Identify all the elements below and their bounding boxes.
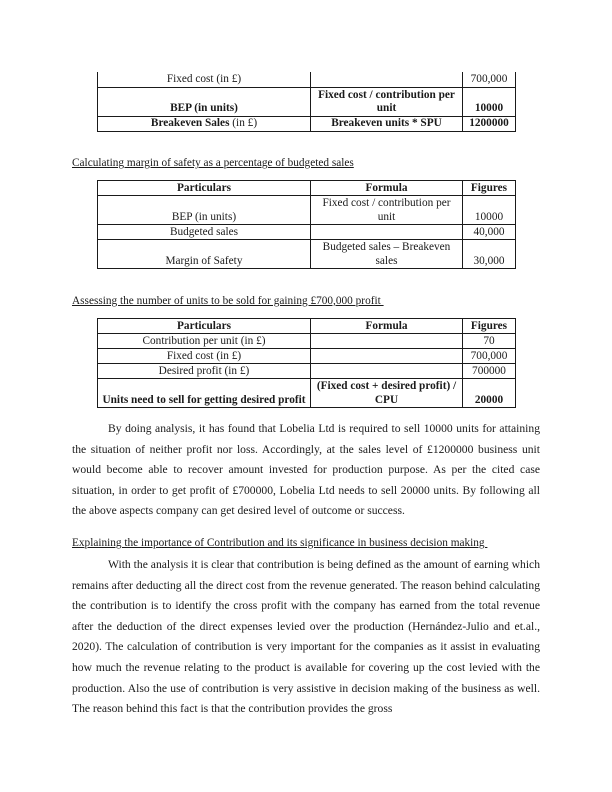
cell-particular: BEP (in units) bbox=[98, 196, 311, 225]
table-row: Units need to sell for getting desired p… bbox=[98, 379, 516, 408]
table-row: Fixed cost (in £) 700,000 bbox=[98, 349, 516, 364]
table-row: Budgeted sales 40,000 bbox=[98, 225, 516, 240]
cell-figure: 700,000 bbox=[463, 72, 516, 87]
cell-figure: 20000 bbox=[463, 379, 516, 408]
cell-formula: Fixed cost / contribution per unit bbox=[311, 196, 463, 225]
table-row: Contribution per unit (in £) 70 bbox=[98, 334, 516, 349]
cell-formula bbox=[311, 225, 463, 240]
cell-formula bbox=[311, 349, 463, 364]
cell-figure: 10000 bbox=[463, 196, 516, 225]
analysis-paragraph: By doing analysis, it has found that Lob… bbox=[72, 419, 540, 522]
cell-figure: 700000 bbox=[463, 364, 516, 379]
column-header: Particulars bbox=[98, 319, 311, 334]
table-row: Desired profit (in £) 700000 bbox=[98, 364, 516, 379]
cell-figure: 70 bbox=[463, 334, 516, 349]
cell-formula bbox=[311, 364, 463, 379]
column-header: Formula bbox=[311, 181, 463, 196]
table-row: Fixed cost (in £) 700,000 bbox=[98, 72, 516, 87]
cell-formula: Breakeven units * SPU bbox=[311, 116, 463, 131]
table-header-row: Particulars Formula Figures bbox=[98, 181, 516, 196]
cell-figure: 1200000 bbox=[463, 116, 516, 131]
cell-figure: 30,000 bbox=[463, 240, 516, 269]
desired-profit-table: Particulars Formula Figures Contribution… bbox=[97, 318, 516, 408]
cell-particular: Fixed cost (in £) bbox=[98, 72, 311, 87]
cell-formula: Fixed cost / contribution per unit bbox=[311, 87, 463, 116]
table-row: BEP (in units) Fixed cost / contribution… bbox=[98, 87, 516, 116]
table-row: Breakeven Sales (in £) Breakeven units *… bbox=[98, 116, 516, 131]
document-page: Fixed cost (in £) 700,000 BEP (in units)… bbox=[0, 0, 612, 792]
cell-particular: Margin of Safety bbox=[98, 240, 311, 269]
particular-label: Breakeven Sales bbox=[151, 117, 230, 129]
particular-suffix: (in £) bbox=[229, 117, 257, 129]
table-row: Margin of Safety Budgeted sales – Breake… bbox=[98, 240, 516, 269]
table-header-row: Particulars Formula Figures bbox=[98, 319, 516, 334]
column-header: Figures bbox=[463, 319, 516, 334]
cell-particular: BEP (in units) bbox=[98, 87, 311, 116]
cell-particular: Budgeted sales bbox=[98, 225, 311, 240]
cell-formula bbox=[311, 72, 463, 87]
cell-particular: Breakeven Sales (in £) bbox=[98, 116, 311, 131]
cell-formula: (Fixed cost + desired profit) / CPU bbox=[311, 379, 463, 408]
column-header: Figures bbox=[463, 181, 516, 196]
contribution-paragraph: With the analysis it is clear that contr… bbox=[72, 555, 540, 720]
section-heading-desired-profit: Assessing the number of units to be sold… bbox=[72, 295, 384, 307]
cell-particular: Contribution per unit (in £) bbox=[98, 334, 311, 349]
column-header: Formula bbox=[311, 319, 463, 334]
cell-particular: Desired profit (in £) bbox=[98, 364, 311, 379]
breakeven-table: Fixed cost (in £) 700,000 BEP (in units)… bbox=[97, 72, 516, 132]
column-header: Particulars bbox=[98, 181, 311, 196]
cell-figure: 700,000 bbox=[463, 349, 516, 364]
cell-particular: Fixed cost (in £) bbox=[98, 349, 311, 364]
cell-formula: Budgeted sales – Breakeven sales bbox=[311, 240, 463, 269]
cell-formula bbox=[311, 334, 463, 349]
cell-figure: 40,000 bbox=[463, 225, 516, 240]
section-heading-margin-of-safety: Calculating margin of safety as a percen… bbox=[72, 157, 354, 169]
cell-particular: Units need to sell for getting desired p… bbox=[98, 379, 311, 408]
cell-figure: 10000 bbox=[463, 87, 516, 116]
section-heading-contribution: Explaining the importance of Contributio… bbox=[72, 537, 487, 549]
table-row: BEP (in units) Fixed cost / contribution… bbox=[98, 196, 516, 225]
margin-of-safety-table: Particulars Formula Figures BEP (in unit… bbox=[97, 180, 516, 269]
